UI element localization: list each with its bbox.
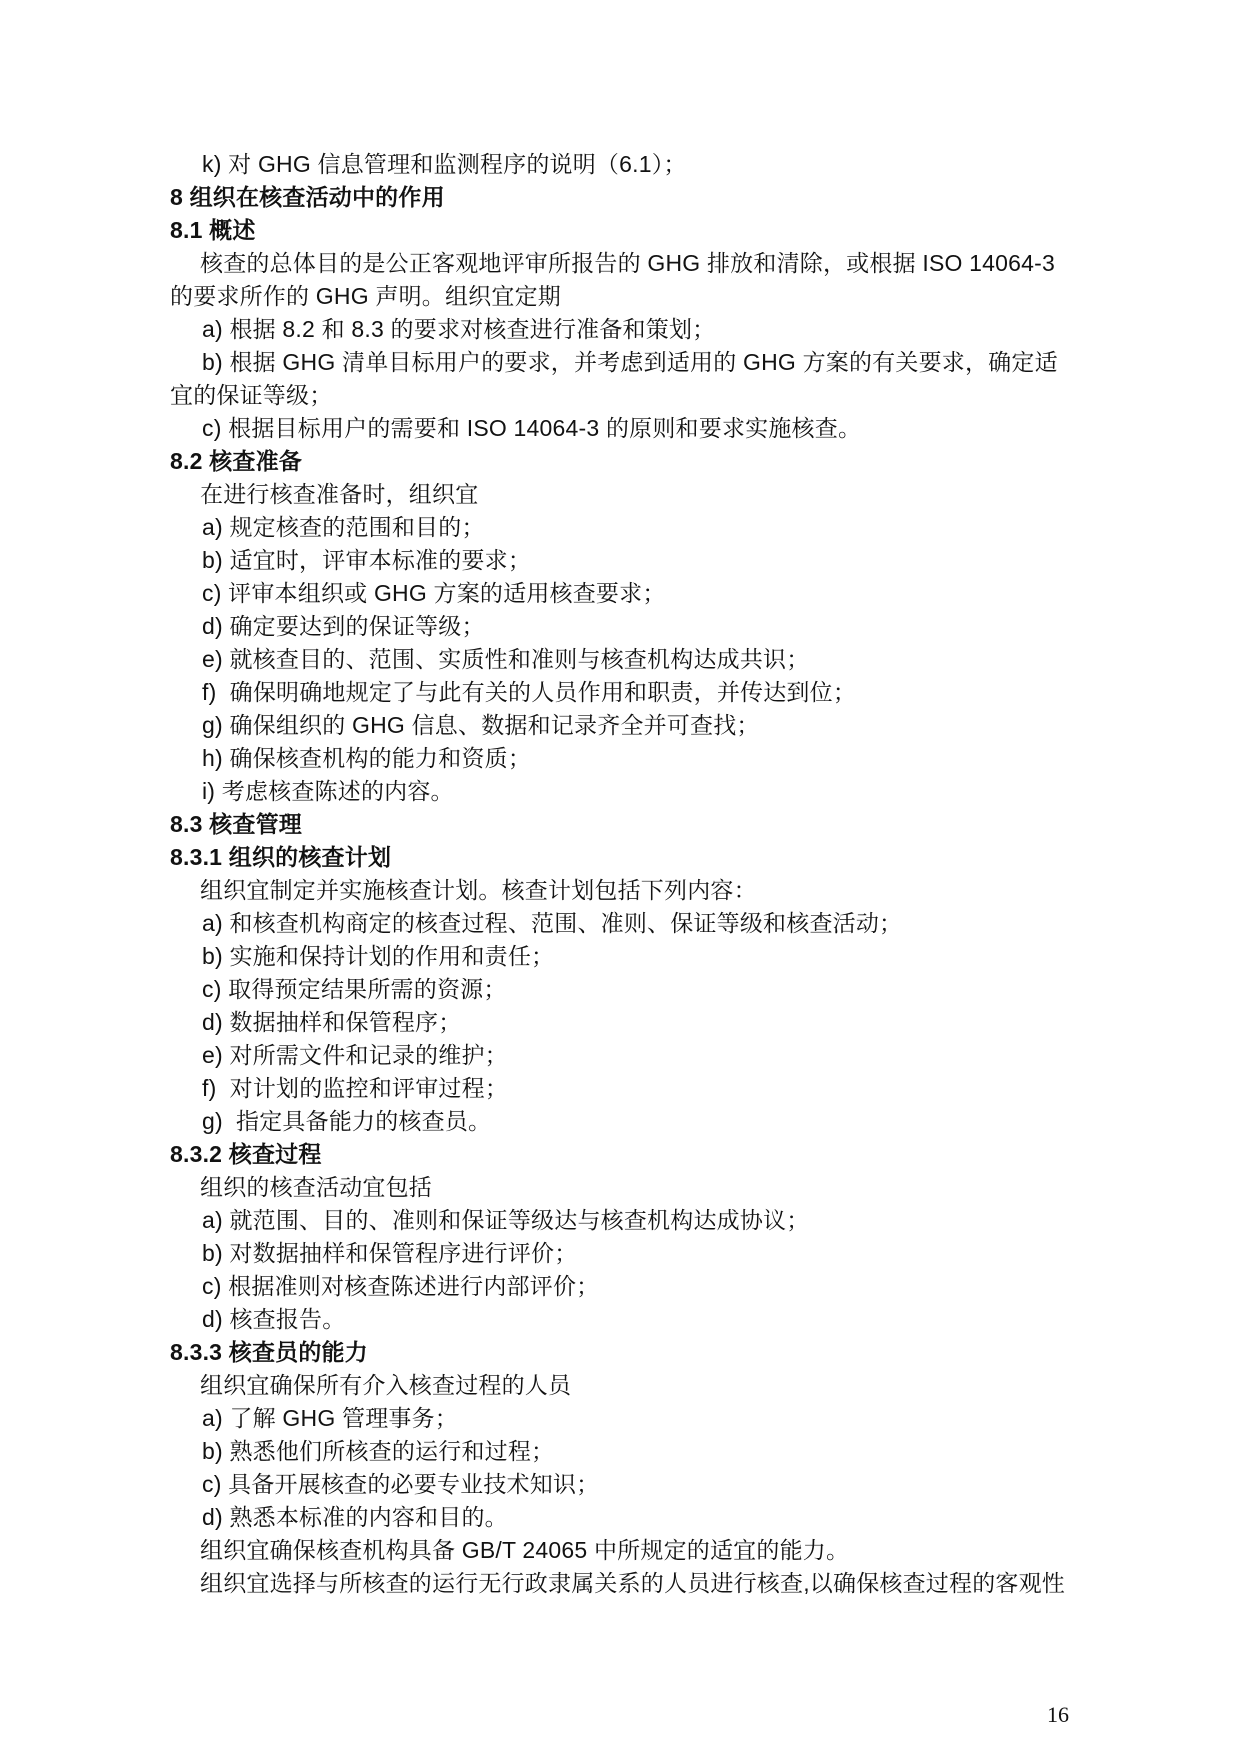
text-line: k) 对 GHG 信息管理和监测程序的说明（6.1）； (170, 148, 1150, 181)
text-line: e) 对所需文件和记录的维护； (170, 1039, 1150, 1072)
text-line: 组织宜确保核查机构具备 GB/T 24065 中所规定的适宜的能力。 (170, 1534, 1150, 1567)
text-line: f) 对计划的监控和评审过程； (170, 1072, 1150, 1105)
text-line: f) 确保明确地规定了与此有关的人员作用和职责，并传达到位； (170, 676, 1150, 709)
text-line: b) 根据 GHG 清单目标用户的要求，并考虑到适用的 GHG 方案的有关要求，… (170, 346, 1150, 379)
text-line: a) 规定核查的范围和目的； (170, 511, 1150, 544)
text-line: 在进行核查准备时，组织宜 (170, 478, 1150, 511)
text-line: 组织宜确保所有介入核查过程的人员 (170, 1369, 1150, 1402)
text-line: 组织宜制定并实施核查计划。核查计划包括下列内容： (170, 874, 1150, 907)
text-line: b) 熟悉他们所核查的运行和过程； (170, 1435, 1150, 1468)
section-heading: 8.3.3 核查员的能力 (170, 1336, 1150, 1369)
section-heading: 8.3.2 核查过程 (170, 1138, 1150, 1171)
text-line: d) 熟悉本标准的内容和目的。 (170, 1501, 1150, 1534)
text-line: c) 根据准则对核查陈述进行内部评价； (170, 1270, 1150, 1303)
text-line: d) 核查报告。 (170, 1303, 1150, 1336)
section-heading: 8.1 概述 (170, 214, 1150, 247)
text-line: c) 具备开展核查的必要专业技术知识； (170, 1468, 1150, 1501)
text-line: b) 对数据抽样和保管程序进行评价； (170, 1237, 1150, 1270)
section-heading: 8.3.1 组织的核查计划 (170, 841, 1150, 874)
text-line: g) 指定具备能力的核查员。 (170, 1105, 1150, 1138)
text-line: 的要求所作的 GHG 声明。组织宜定期 (170, 280, 1150, 313)
text-line: a) 根据 8.2 和 8.3 的要求对核查进行准备和策划； (170, 313, 1150, 346)
text-line: c) 取得预定结果所需的资源； (170, 973, 1150, 1006)
text-line: i) 考虑核查陈述的内容。 (170, 775, 1150, 808)
text-line: d) 确定要达到的保证等级； (170, 610, 1150, 643)
text-line: a) 了解 GHG 管理事务； (170, 1402, 1150, 1435)
text-line: b) 适宜时，评审本标准的要求； (170, 544, 1150, 577)
page-number: 16 (1028, 1700, 1088, 1730)
text-line: a) 和核查机构商定的核查过程、范围、准则、保证等级和核查活动； (170, 907, 1150, 940)
text-line: 组织宜选择与所核查的运行无行政隶属关系的人员进行核查,以确保核查过程的客观性 (170, 1567, 1150, 1600)
text-line: a) 就范围、目的、准则和保证等级达与核查机构达成协议； (170, 1204, 1150, 1237)
text-line: d) 数据抽样和保管程序； (170, 1006, 1150, 1039)
text-line: 宜的保证等级； (170, 379, 1150, 412)
text-line: b) 实施和保持计划的作用和责任； (170, 940, 1150, 973)
text-line: 组织的核查活动宜包括 (170, 1171, 1150, 1204)
text-line: 核查的总体目的是公正客观地评审所报告的 GHG 排放和清除，或根据 ISO 14… (170, 247, 1150, 280)
section-heading: 8.3 核查管理 (170, 808, 1150, 841)
text-line: g) 确保组织的 GHG 信息、数据和记录齐全并可查找； (170, 709, 1150, 742)
text-line: e) 就核查目的、范围、实质性和准则与核查机构达成共识； (170, 643, 1150, 676)
text-line: c) 根据目标用户的需要和 ISO 14064-3 的原则和要求实施核查。 (170, 412, 1150, 445)
section-heading: 8.2 核查准备 (170, 445, 1150, 478)
text-line: c) 评审本组织或 GHG 方案的适用核查要求； (170, 577, 1150, 610)
document-page: k) 对 GHG 信息管理和监测程序的说明（6.1）；8 组织在核查活动中的作用… (0, 0, 1240, 1755)
text-line: h) 确保核查机构的能力和资质； (170, 742, 1150, 775)
section-heading: 8 组织在核查活动中的作用 (170, 181, 1150, 214)
document-content: k) 对 GHG 信息管理和监测程序的说明（6.1）；8 组织在核查活动中的作用… (170, 148, 1150, 1600)
